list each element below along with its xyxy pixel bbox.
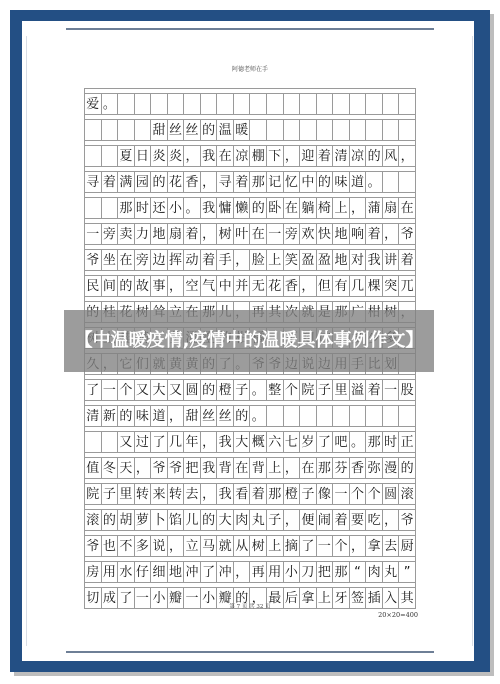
grid-cell: ， xyxy=(168,406,185,426)
grid-cell: 蒲 xyxy=(366,198,383,218)
grid-cell: 看 xyxy=(234,484,251,504)
grid-cell: 那 xyxy=(118,198,135,218)
grid-cell: 了 xyxy=(300,536,317,556)
grid-cell: 炎 xyxy=(151,146,168,166)
grid-cell: 几 xyxy=(350,276,367,296)
grid-cell xyxy=(399,406,416,426)
grid-cell xyxy=(135,120,152,140)
grid-cell: 我 xyxy=(217,484,234,504)
grid-cell: 那 xyxy=(333,562,350,582)
grid-cell xyxy=(250,120,267,140)
grid-cell: 多 xyxy=(135,536,152,556)
grid-cell: 芬 xyxy=(333,458,350,478)
grid-cell: 马 xyxy=(201,536,218,556)
grid-cell: 那 xyxy=(317,458,334,478)
grid-cell: 的 xyxy=(118,276,135,296)
grid-cell xyxy=(102,432,119,452)
grid-cell: 正 xyxy=(399,432,416,452)
grid-cell: 溢 xyxy=(350,380,367,400)
grid-cell: 子 xyxy=(102,484,119,504)
grid-cell: 水 xyxy=(118,562,135,582)
grid-cell: 着 xyxy=(184,224,201,244)
page-header: 阿德老师在手 xyxy=(0,64,500,73)
grid-cell: 要 xyxy=(350,510,367,530)
grid-cell xyxy=(383,406,400,426)
grid-cell: 盈 xyxy=(300,250,317,270)
grid-cell: ， xyxy=(201,172,218,192)
grid-cell: 的 xyxy=(399,458,416,478)
grid-cell: 院 xyxy=(85,484,102,504)
grid-cell: 味 xyxy=(135,406,152,426)
decorative-line-top xyxy=(66,28,434,30)
grid-cell: 爷 xyxy=(168,458,185,478)
grid-cell: 凉 xyxy=(234,146,251,166)
grid-cell: 转 xyxy=(135,484,152,504)
grid-cell: 萝 xyxy=(135,510,152,530)
grid-cell: 扇 xyxy=(168,224,185,244)
grid-cell: ， xyxy=(201,432,218,452)
grid-cell: 在 xyxy=(234,458,251,478)
grid-cell: 里 xyxy=(118,484,135,504)
grid-cell xyxy=(284,94,301,114)
grid-cell: 用 xyxy=(267,562,284,582)
grid-cell: 我 xyxy=(201,146,218,166)
page-number: 第 7 页 共 32 页 xyxy=(0,602,500,610)
grid-cell xyxy=(267,406,284,426)
grid-cell: 手 xyxy=(217,250,234,270)
grid-cell: 旁 xyxy=(135,250,152,270)
grid-cell: 丝 xyxy=(201,406,218,426)
grid-cell: 着 xyxy=(366,380,383,400)
grid-cell xyxy=(366,120,383,140)
grid-cell: 个 xyxy=(333,536,350,556)
grid-row: 一旁卖力地扇着，树叶在一旁欢快地响着，爷 xyxy=(84,224,416,245)
grid-cell: 整 xyxy=(267,380,284,400)
grid-cell: 清 xyxy=(85,406,102,426)
grid-cell: 来 xyxy=(151,484,168,504)
grid-cell: 。 xyxy=(366,172,383,192)
grid-cell xyxy=(118,120,135,140)
grid-cell: 。 xyxy=(350,432,367,452)
grid-cell: 香 xyxy=(350,458,367,478)
grid-cell: 的 xyxy=(151,172,168,192)
grid-cell: 小 xyxy=(168,198,185,218)
grid-cell: 凉 xyxy=(350,146,367,166)
grid-cell: ， xyxy=(234,250,251,270)
grid-cell: 还 xyxy=(151,198,168,218)
grid-cell: 一 xyxy=(317,536,334,556)
grid-cell: 在 xyxy=(118,250,135,270)
grid-cell: 我 xyxy=(217,432,234,452)
grid-row: 民间的故事，空气中并无花香，但有几棵突兀 xyxy=(84,276,416,297)
grid-cell: 那 xyxy=(267,484,284,504)
grid-cell: ， xyxy=(300,276,317,296)
grid-cell: 着 xyxy=(366,224,383,244)
grid-cell: ， xyxy=(383,224,400,244)
grid-cell: 爷 xyxy=(151,458,168,478)
grid-cell: 了 xyxy=(151,432,168,452)
grid-cell: 又 xyxy=(118,432,135,452)
grid-cell: 肉 xyxy=(366,562,383,582)
grid-cell: 吃 xyxy=(366,510,383,530)
grid-cell xyxy=(102,146,119,166)
grid-cell: 棚 xyxy=(250,146,267,166)
grid-cell: 一 xyxy=(267,224,284,244)
grid-cell: 一 xyxy=(383,380,400,400)
grid-cell xyxy=(383,172,400,192)
grid-cell xyxy=(350,94,367,114)
grid-cell xyxy=(333,406,350,426)
grid-cell: 着 xyxy=(102,172,119,192)
grid-cell: 胡 xyxy=(118,510,135,530)
grid-cell: 炎 xyxy=(168,146,185,166)
grid-cell: 大 xyxy=(234,432,251,452)
grid-cell: 的 xyxy=(201,510,218,530)
grid-cell: 迎 xyxy=(300,146,317,166)
grid-cell: 兀 xyxy=(399,276,416,296)
grid-cell: 民 xyxy=(85,276,102,296)
grid-cell: 道 xyxy=(151,406,168,426)
grid-cell: 从 xyxy=(234,536,251,556)
grid-cell xyxy=(267,120,284,140)
grid-cell: 橙 xyxy=(284,484,301,504)
grid-cell: 树 xyxy=(250,536,267,556)
grid-cell: 子 xyxy=(267,510,284,530)
grid-row: 爱。 xyxy=(84,94,416,115)
grid-cell: ， xyxy=(201,224,218,244)
grid-cell xyxy=(300,120,317,140)
grid-cell: 。 xyxy=(184,198,201,218)
grid-cell: 立 xyxy=(184,536,201,556)
grid-cell: 大 xyxy=(217,510,234,530)
grid-cell: 的 xyxy=(250,198,267,218)
grid-cell: 笑 xyxy=(284,250,301,270)
grid-cell: 忆 xyxy=(284,172,301,192)
grid-cell xyxy=(217,94,234,114)
grid-cell: 七 xyxy=(284,432,301,452)
grid-cell: 旁 xyxy=(102,224,119,244)
grid-cell: 时 xyxy=(135,198,152,218)
grid-cell: 但 xyxy=(317,276,334,296)
grid-cell xyxy=(399,172,416,192)
grid-cell: 去 xyxy=(383,536,400,556)
grid-cell xyxy=(184,94,201,114)
grid-cell xyxy=(350,406,367,426)
grid-cell: 。 xyxy=(250,380,267,400)
grid-cell: 坐 xyxy=(102,250,119,270)
grid-cell: ， xyxy=(350,536,367,556)
grid-cell: 香 xyxy=(184,172,201,192)
grid-cell: 六 xyxy=(267,432,284,452)
grid-cell: 概 xyxy=(250,432,267,452)
grid-cell: 冲 xyxy=(217,562,234,582)
grid-cell: 地 xyxy=(333,224,350,244)
grid-cell: 脸 xyxy=(250,250,267,270)
grid-cell: 丝 xyxy=(217,406,234,426)
grid-cell xyxy=(284,406,301,426)
grid-cell: 爱 xyxy=(85,94,102,114)
grid-cell: 个 xyxy=(366,484,383,504)
grid-row: 值冬天，爷爷把我背在背上，在那芬香弥漫的 xyxy=(84,458,416,479)
decorative-line-bottom xyxy=(66,651,434,653)
grid-cell: 也 xyxy=(102,536,119,556)
grid-cell: 记 xyxy=(267,172,284,192)
grid-cell: 个 xyxy=(118,380,135,400)
grid-cell: 冬 xyxy=(102,458,119,478)
grid-cell: 就 xyxy=(217,536,234,556)
grid-cell: 闹 xyxy=(317,510,334,530)
grid-cell xyxy=(267,94,284,114)
grid-cell: 树 xyxy=(217,224,234,244)
grid-cell: 值 xyxy=(85,458,102,478)
grid-cell: 小 xyxy=(284,562,301,582)
grid-cell: 有 xyxy=(333,276,350,296)
grid-cell: 棵 xyxy=(366,276,383,296)
grid-cell: 在 xyxy=(217,146,234,166)
grid-cell: 个 xyxy=(350,484,367,504)
grid-cell xyxy=(151,94,168,114)
grid-cell xyxy=(317,94,334,114)
grid-cell: 在 xyxy=(284,198,301,218)
grid-cell xyxy=(317,120,334,140)
grid-cell: 滚 xyxy=(85,510,102,530)
grid-cell: 地 xyxy=(151,224,168,244)
grid-cell: 肉 xyxy=(234,510,251,530)
grid-cell: 寻 xyxy=(85,172,102,192)
grid-cell: ， xyxy=(284,510,301,530)
grid-cell xyxy=(85,198,102,218)
grid-cell: 又 xyxy=(168,380,185,400)
grid-cell xyxy=(300,94,317,114)
grid-cell: 中 xyxy=(217,276,234,296)
grid-cell: 间 xyxy=(102,276,119,296)
grid-cell: 丝 xyxy=(168,120,185,140)
grid-cell: 了 xyxy=(317,432,334,452)
grid-cell: 暖 xyxy=(234,120,251,140)
grid-cell: 上 xyxy=(267,250,284,270)
grid-cell xyxy=(383,120,400,140)
grid-row: 房用水仔细地冲了冲，再用小刀把那“肉丸” xyxy=(84,562,416,583)
grid-cell: 清 xyxy=(333,146,350,166)
grid-cell: 一 xyxy=(333,484,350,504)
grid-cell: 说 xyxy=(151,536,168,556)
grid-cell xyxy=(234,94,251,114)
grid-row: 院子里转来转去，我看着那橙子像一个个圆滚 xyxy=(84,484,416,505)
grid-cell: 岁 xyxy=(300,432,317,452)
grid-cell: 把 xyxy=(317,562,334,582)
grid-cell: 的 xyxy=(317,172,334,192)
grid-cell: ， xyxy=(350,198,367,218)
grid-cell xyxy=(317,406,334,426)
grid-cell: 椅 xyxy=(317,198,334,218)
grid-cell: 上 xyxy=(333,198,350,218)
grid-cell: 天 xyxy=(118,458,135,478)
grid-cell: 像 xyxy=(317,484,334,504)
grid-row: 了一个又大又圆的橙子。整个院子里溢着一股 xyxy=(84,380,416,401)
grid-cell: 了 xyxy=(85,380,102,400)
grid-cell: 寻 xyxy=(217,172,234,192)
grid-cell: 故 xyxy=(135,276,152,296)
grid-cell xyxy=(366,406,383,426)
grid-cell: 子 xyxy=(234,380,251,400)
grid-cell: ， xyxy=(168,276,185,296)
grid-cell: 的 xyxy=(102,510,119,530)
grid-cell xyxy=(102,120,119,140)
grid-cell: 几 xyxy=(168,432,185,452)
grid-cell: 房 xyxy=(85,562,102,582)
grid-cell: 旁 xyxy=(284,224,301,244)
grid-cell: 突 xyxy=(383,276,400,296)
grid-cell xyxy=(168,94,185,114)
grid-cell xyxy=(284,120,301,140)
grid-cell: ， xyxy=(201,484,218,504)
decorative-line-right xyxy=(472,36,473,646)
grid-cell xyxy=(366,94,383,114)
grid-cell: 动 xyxy=(184,250,201,270)
grid-cell: 那 xyxy=(250,172,267,192)
decorative-line-left xyxy=(26,36,27,646)
grid-cell: 日 xyxy=(135,146,152,166)
grid-cell: 着 xyxy=(234,172,251,192)
grid-cell xyxy=(102,198,119,218)
grid-cell: ， xyxy=(168,536,185,556)
grid-cell: 冲 xyxy=(184,562,201,582)
grid-cell: 馅 xyxy=(168,510,185,530)
grid-cell xyxy=(399,94,416,114)
grid-cell: ， xyxy=(284,146,301,166)
grid-cell: 背 xyxy=(250,458,267,478)
grid-row: 那时还小。我慵懒的卧在躺椅上，蒲扇在 xyxy=(84,198,416,219)
grid-cell: 的 xyxy=(201,380,218,400)
grid-cell: 风 xyxy=(383,146,400,166)
grid-row: 滚的胡萝卜馅儿的大肉丸子，便闹着要吃，爷 xyxy=(84,510,416,531)
grid-row: 爷坐在旁边挥动着手，脸上笑盈盈地对我讲着 xyxy=(84,250,416,271)
grid-cell xyxy=(350,120,367,140)
grid-cell: 讲 xyxy=(383,250,400,270)
title-overlay[interactable]: 【中温暖疫情,疫情中的温暖具体事例作文】 xyxy=(64,310,434,372)
grid-cell: ， xyxy=(184,146,201,166)
grid-cell: 道 xyxy=(350,172,367,192)
grid-cell: 爷 xyxy=(399,224,416,244)
grid-cell: 刀 xyxy=(300,562,317,582)
grid-cell: ， xyxy=(399,146,416,166)
grid-cell: 一 xyxy=(85,224,102,244)
grid-cell: “ xyxy=(350,562,367,582)
grid-cell: 在 xyxy=(399,198,416,218)
grid-cell: 儿 xyxy=(184,510,201,530)
grid-cell: 了 xyxy=(201,562,218,582)
grid-cell: 甜 xyxy=(151,120,168,140)
grid-cell: ， xyxy=(284,458,301,478)
grid-count: 20×20=400 xyxy=(368,611,418,619)
grid-cell: 空 xyxy=(184,276,201,296)
grid-cell: 我 xyxy=(366,250,383,270)
grid-cell: 卧 xyxy=(267,198,284,218)
grid-cell xyxy=(85,432,102,452)
grid-cell: 边 xyxy=(151,250,168,270)
grid-cell: 爷 xyxy=(85,536,102,556)
grid-cell: ” xyxy=(399,562,416,582)
grid-cell: 的 xyxy=(234,406,251,426)
grid-cell: 圆 xyxy=(383,484,400,504)
grid-cell: 气 xyxy=(201,276,218,296)
grid-cell: 着 xyxy=(317,146,334,166)
grid-cell: 中 xyxy=(300,172,317,192)
grid-cell: ， xyxy=(383,510,400,530)
grid-cell: 香 xyxy=(284,276,301,296)
grid-cell: 地 xyxy=(168,562,185,582)
grid-cell: 子 xyxy=(300,484,317,504)
grid-cell: 不 xyxy=(118,536,135,556)
grid-row: 夏日炎炎，我在凉棚下，迎着清凉的风， xyxy=(84,146,416,167)
grid-cell: 对 xyxy=(350,250,367,270)
grid-cell: 便 xyxy=(300,510,317,530)
grid-cell: 吧 xyxy=(333,432,350,452)
grid-cell xyxy=(85,146,102,166)
grid-cell: 。 xyxy=(102,94,119,114)
grid-cell: 园 xyxy=(135,172,152,192)
grid-cell: 力 xyxy=(135,224,152,244)
grid-cell: 拿 xyxy=(366,536,383,556)
grid-cell: 懒 xyxy=(234,198,251,218)
grid-cell: 院 xyxy=(300,380,317,400)
grid-cell xyxy=(250,94,267,114)
grid-cell: ， xyxy=(135,458,152,478)
grid-cell xyxy=(383,94,400,114)
grid-cell: 一 xyxy=(102,380,119,400)
grid-cell: 子 xyxy=(317,380,334,400)
grid-cell: 盈 xyxy=(317,250,334,270)
grid-cell: 新 xyxy=(102,406,119,426)
grid-cell: 卜 xyxy=(151,510,168,530)
grid-cell: 我 xyxy=(201,458,218,478)
grid-cell: 里 xyxy=(333,380,350,400)
overlay-title[interactable]: 【中温暖疫情,疫情中的温暖具体事例作文】 xyxy=(75,329,424,353)
grid-cell: 并 xyxy=(234,276,251,296)
grid-cell: 转 xyxy=(168,484,185,504)
grid-cell xyxy=(333,94,350,114)
grid-cell xyxy=(135,94,152,114)
grid-cell: 丝 xyxy=(184,120,201,140)
grid-cell: 厨 xyxy=(399,536,416,556)
grid-cell: 丸 xyxy=(383,562,400,582)
grid-cell: 上 xyxy=(267,458,284,478)
grid-cell: 在 xyxy=(250,224,267,244)
grid-cell xyxy=(201,94,218,114)
grid-cell: 快 xyxy=(317,224,334,244)
grid-cell xyxy=(399,120,416,140)
grid-cell: 细 xyxy=(151,562,168,582)
grid-cell: 叶 xyxy=(234,224,251,244)
grid-cell xyxy=(333,120,350,140)
grid-cell xyxy=(300,406,317,426)
grid-cell: 股 xyxy=(399,380,416,400)
grid-cell: 大 xyxy=(151,380,168,400)
grid-cell: 去 xyxy=(184,484,201,504)
grid-cell xyxy=(118,94,135,114)
grid-cell: 着 xyxy=(399,250,416,270)
grid-cell xyxy=(85,120,102,140)
grid-cell: 花 xyxy=(168,172,185,192)
grid-cell: 的 xyxy=(118,406,135,426)
grid-row: 爷也不多说，立马就从树上摘了一个，拿去厨 xyxy=(84,536,416,557)
grid-cell: 漫 xyxy=(383,458,400,478)
grid-cell: 。 xyxy=(250,406,267,426)
grid-cell: 的 xyxy=(201,120,218,140)
grid-cell: 挥 xyxy=(168,250,185,270)
grid-cell: 仔 xyxy=(135,562,152,582)
grid-cell: 响 xyxy=(350,224,367,244)
